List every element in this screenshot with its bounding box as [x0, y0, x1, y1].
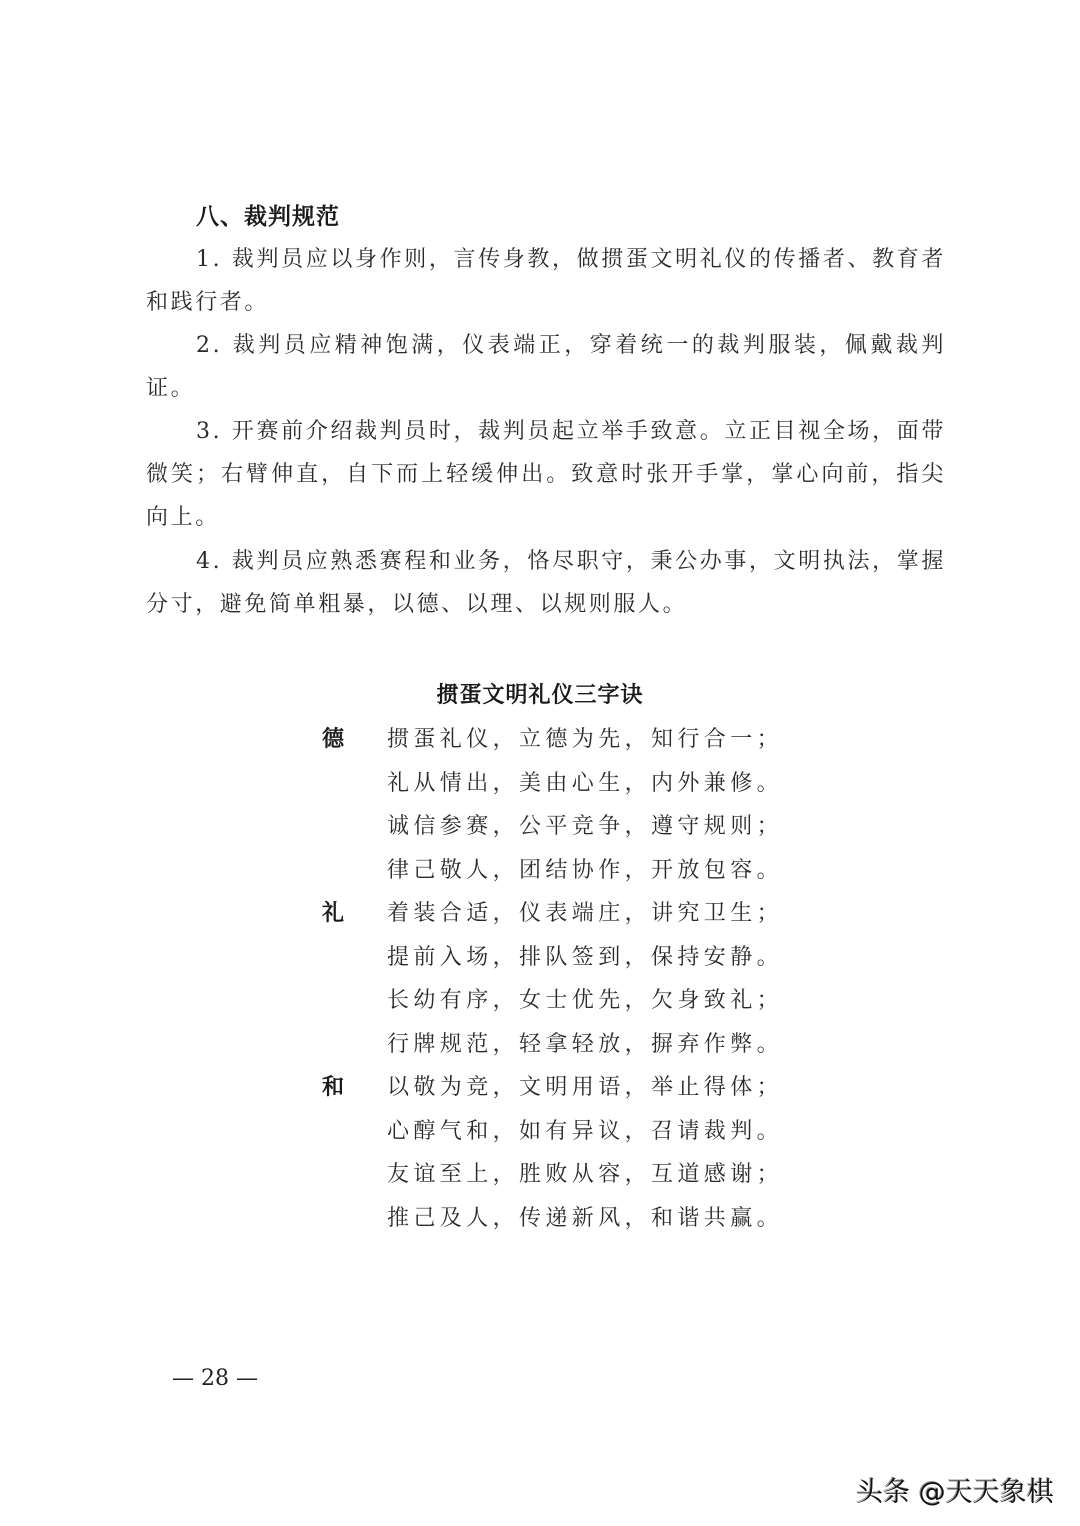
- stanza-line: 掼蛋礼仪，立德为先，知行合一；: [387, 722, 783, 753]
- watermark: 头条 @天天象棋: [856, 1470, 1054, 1509]
- page-number: — 28 —: [172, 1366, 258, 1391]
- stanza-label: 德: [322, 722, 344, 753]
- rule-item-2: 2. 裁判员应精神饱满，仪表端正，穿着统一的裁判服装，佩戴裁判证。: [146, 324, 946, 410]
- stanza-line: 推己及人，传递新风，和谐共赢。: [387, 1201, 783, 1232]
- stanza-line: 心醇气和，如有异议，召请裁判。: [387, 1114, 783, 1145]
- rule-item-1: 1. 裁判员应以身作则，言传身教，做掼蛋文明礼仪的传播者、教育者和践行者。: [146, 238, 946, 324]
- poem-title: 掼蛋文明礼仪三字诀: [0, 678, 1080, 709]
- stanza-line: 提前入场，排队签到，保持安静。: [387, 940, 783, 971]
- rule-item-4: 4. 裁判员应熟悉赛程和业务，恪尽职守，秉公办事，文明执法，掌握分寸，避免简单粗…: [146, 540, 946, 626]
- stanza-label: 和: [322, 1070, 344, 1101]
- section-heading: 八、裁判规范: [196, 198, 340, 231]
- stanza-line: 律己敬人，团结协作，开放包容。: [387, 853, 783, 884]
- stanza-line: 着装合适，仪表端庄，讲究卫生；: [387, 896, 783, 927]
- stanza-line: 礼从情出，美由心生，内外兼修。: [387, 766, 783, 797]
- stanza-line: 诚信参赛，公平竞争，遵守规则；: [387, 809, 783, 840]
- stanza-line: 友谊至上，胜败从容，互道感谢；: [387, 1157, 783, 1188]
- stanza-line: 以敬为竞，文明用语，举止得体；: [387, 1070, 783, 1101]
- stanza-line: 行牌规范，轻拿轻放，摒弃作弊。: [387, 1027, 783, 1058]
- rule-item-3: 3. 开赛前介绍裁判员时，裁判员起立举手致意。立正目视全场，面带微笑；右臂伸直，…: [146, 410, 946, 539]
- stanza-label: 礼: [322, 896, 344, 927]
- stanza-line: 长幼有序，女士优先，欠身致礼；: [387, 983, 783, 1014]
